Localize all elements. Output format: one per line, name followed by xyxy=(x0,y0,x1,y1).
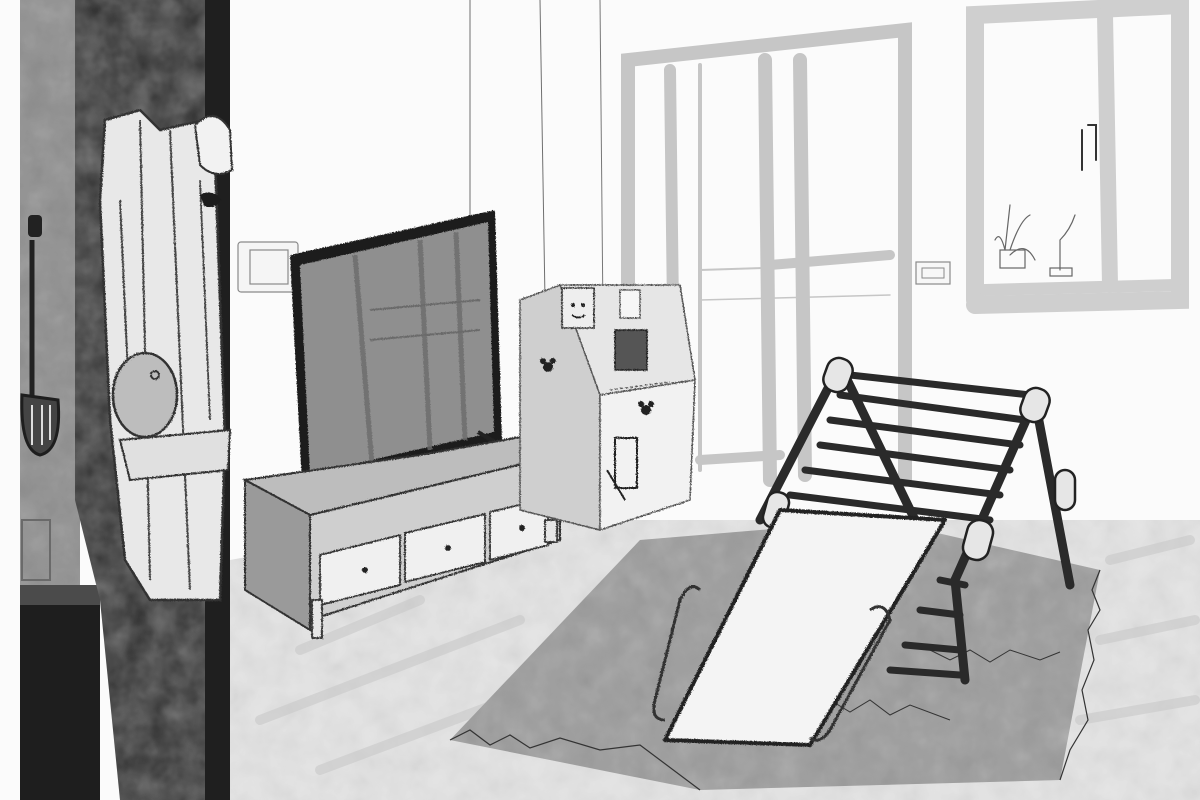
bookshelf xyxy=(520,285,695,530)
book-icon xyxy=(615,330,647,370)
thermostat xyxy=(238,242,298,292)
sketch-canvas xyxy=(0,0,1200,800)
book-icon xyxy=(562,288,594,328)
bag-icon xyxy=(113,353,177,437)
cap-icon xyxy=(195,116,232,174)
ink-sketch-artwork: living room interior with play area xyxy=(0,0,1200,800)
light-switch xyxy=(916,262,950,284)
